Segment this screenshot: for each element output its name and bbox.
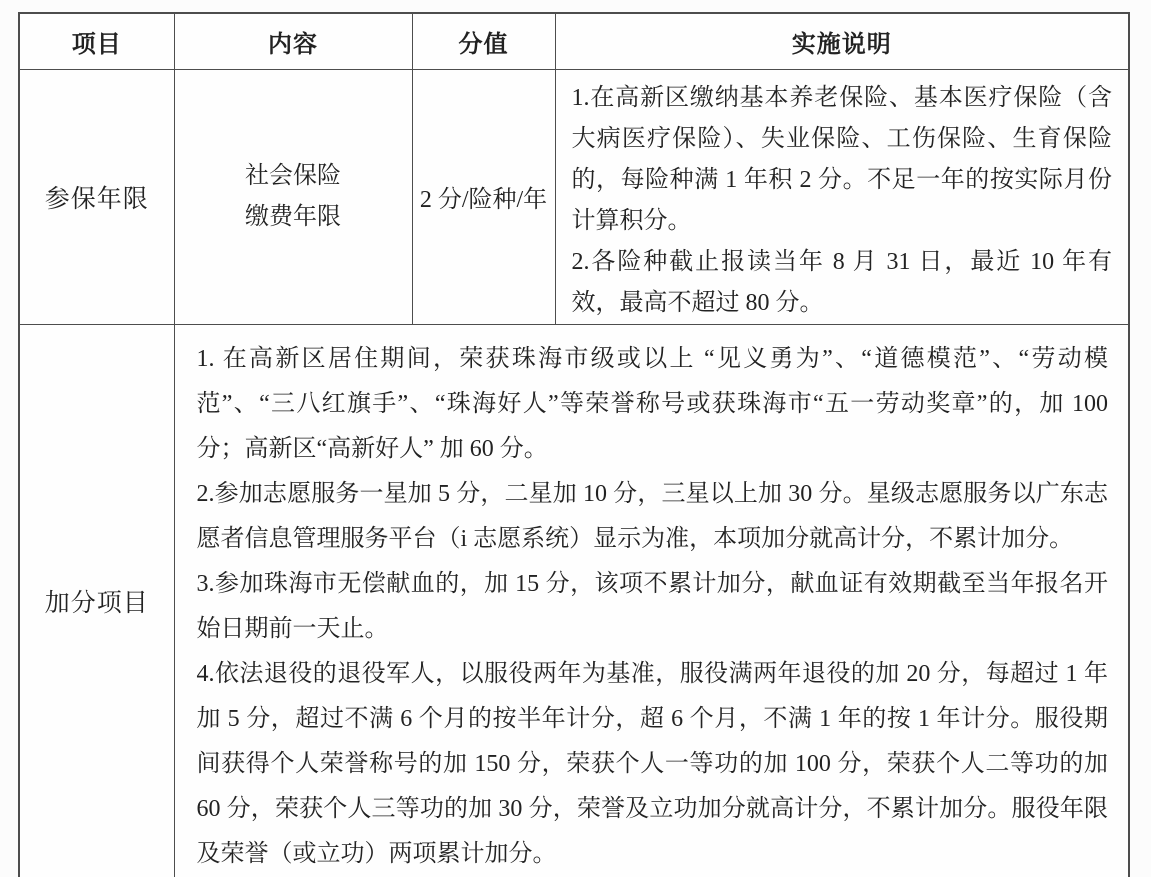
- document-page: 项目 内容 分值 实施说明 参保年限 社会保险 缴费年限 2 分/险种/年 1.…: [0, 0, 1151, 877]
- insurance-content-line1: 社会保险: [175, 156, 412, 197]
- note-paragraph: 2.参加志愿服务一星加 5 分，二星加 10 分，三星以上加 30 分。星级志愿…: [197, 472, 1109, 562]
- note-paragraph: 4.依法退役的退役军人，以服役两年为基准，服役满两年退役的加 20 分，每超过 …: [197, 652, 1109, 877]
- points-rule-table: 项目 内容 分值 实施说明 参保年限 社会保险 缴费年限 2 分/险种/年 1.…: [18, 12, 1130, 877]
- insurance-content: 社会保险 缴费年限: [174, 69, 412, 324]
- insurance-content-line2: 缴费年限: [175, 197, 412, 238]
- header-cell-content: 内容: [174, 13, 412, 69]
- header-cell-item: 项目: [19, 13, 174, 69]
- bonus-item-label: 加分项目: [19, 324, 174, 877]
- header-cell-score: 分值: [412, 13, 555, 69]
- row-bonus-items: 加分项目 1. 在高新区居住期间，荣获珠海市级或以上 “见义勇为”、“道德模范”…: [19, 324, 1129, 877]
- insurance-notes: 1.在高新区缴纳基本养老保险、基本医疗保险（含大病医疗保险）、失业保险、工伤保险…: [555, 69, 1129, 324]
- note-paragraph: 1.在高新区缴纳基本养老保险、基本医疗保险（含大病医疗保险）、失业保险、工伤保险…: [572, 78, 1113, 242]
- bonus-notes: 1. 在高新区居住期间，荣获珠海市级或以上 “见义勇为”、“道德模范”、“劳动模…: [174, 324, 1129, 877]
- note-paragraph: 2.各险种截止报读当年 8 月 31 日，最近 10 年有效，最高不超过 80 …: [572, 242, 1113, 324]
- note-paragraph: 1. 在高新区居住期间，荣获珠海市级或以上 “见义勇为”、“道德模范”、“劳动模…: [197, 337, 1109, 472]
- note-paragraph: 3.参加珠海市无偿献血的，加 15 分，该项不累计加分，献血证有效期截至当年报名…: [197, 562, 1109, 652]
- header-row: 项目 内容 分值 实施说明: [19, 13, 1129, 69]
- row-insurance-years: 参保年限 社会保险 缴费年限 2 分/险种/年 1.在高新区缴纳基本养老保险、基…: [19, 69, 1129, 324]
- header-cell-notes: 实施说明: [555, 13, 1129, 69]
- insurance-score: 2 分/险种/年: [412, 69, 555, 324]
- insurance-item-label: 参保年限: [19, 69, 174, 324]
